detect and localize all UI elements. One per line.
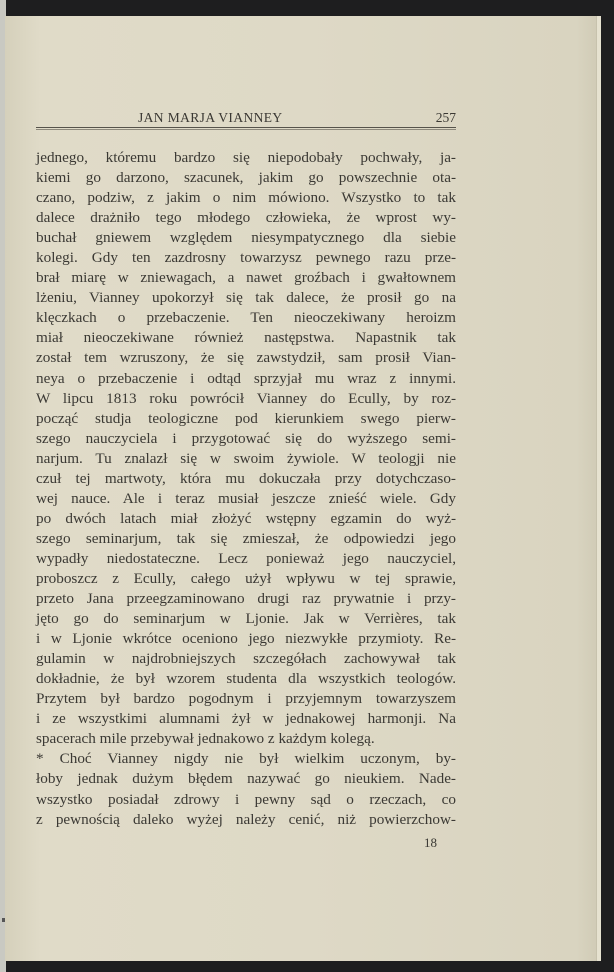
text-line: i ze wszystkimi alumnami żył w jednakowe… (36, 709, 456, 729)
text-line: począć studja teologiczne pod kierunkiem… (36, 409, 456, 429)
text-line: Przytem był bardzo pogodnym i przyjemnym… (36, 689, 456, 709)
text-line: brał miarę w zniewagach, a nawet groźbac… (36, 268, 456, 288)
text-line: dokładnie, że był wzorem studenta dla ws… (36, 669, 456, 689)
body-text: jednego, któremu bardzo się niepodobały … (36, 148, 456, 830)
text-line: kolegi. Gdy ten zazdrosny towarzysz pewn… (36, 248, 456, 268)
text-line: po dwóch latach miał złożyć wstępny egza… (36, 509, 456, 529)
text-line: wej nauce. Ale i teraz musiał jeszcze zn… (36, 489, 456, 509)
page-edge (596, 16, 601, 961)
text-line: kiemi go darzono, szacunek, jakim go pow… (36, 168, 456, 188)
text-line: klęczkach o przebaczenie. Ten nieoczekiw… (36, 308, 456, 328)
header-rule (36, 127, 456, 130)
text-line: i w Ljonie wkrótce oceniono jego niezwyk… (36, 629, 456, 649)
text-line: przeto Jana przeegzaminowano drugi raz p… (36, 589, 456, 609)
text-line: z pewnością daleko wyżej należy cenić, n… (36, 810, 456, 830)
text-line: W lipcu 1813 roku powrócił Vianney do Ec… (36, 389, 456, 409)
text-line: dalece drażniło tego młodego człowieka, … (36, 208, 456, 228)
text-line: czuł tej martwoty, która mu dokuczała pr… (36, 469, 456, 489)
running-title: JAN MARJA VIANNEY (138, 110, 283, 126)
text-line: wszystko posiadał zdrowy i pewny sąd o r… (36, 790, 456, 810)
scan-mark (2, 918, 5, 922)
text-line: narjum. Tu znalazł się w swoim żywiole. … (36, 449, 456, 469)
text-line: buchał gniewem względem niesympatycznego… (36, 228, 456, 248)
text-line: lżeniu, Vianney upokorzył się tak dalece… (36, 288, 456, 308)
text-line: spacerach mile przebywał jednakowo z każ… (36, 729, 456, 749)
text-line: szego nauczyciela i przygotować się do w… (36, 429, 456, 449)
text-line: został tem wzruszony, że się zawstydził,… (36, 348, 456, 368)
text-line: * Choć Vianney nigdy nie był wielkim ucz… (36, 749, 456, 769)
text-line: łoby jednak dużym błędem nazywać go nieu… (36, 769, 456, 789)
text-line: szego seminarjum, tak się zmieszał, że o… (36, 529, 456, 549)
text-line: gulamin w najdrobniejszych szczegółach z… (36, 649, 456, 669)
text-line: proboszcz z Ecully, całego użył wpływu w… (36, 569, 456, 589)
text-line: jednego, któremu bardzo się niepodobały … (36, 148, 456, 168)
signature-mark: 18 (424, 835, 437, 851)
text-line: neya o przebaczenie i odtąd sprzyjał mu … (36, 369, 456, 389)
text-line: wypadły niedostateczne. Lecz ponieważ je… (36, 549, 456, 569)
text-line: miał nieoczekiwane również następstwa. N… (36, 328, 456, 348)
text-line: jęto go do seminarjum w Ljonie. Jak w Ve… (36, 609, 456, 629)
page-number: 257 (436, 110, 456, 126)
text-line: czano, podziw, z jakim o nim mówiono. Ws… (36, 188, 456, 208)
